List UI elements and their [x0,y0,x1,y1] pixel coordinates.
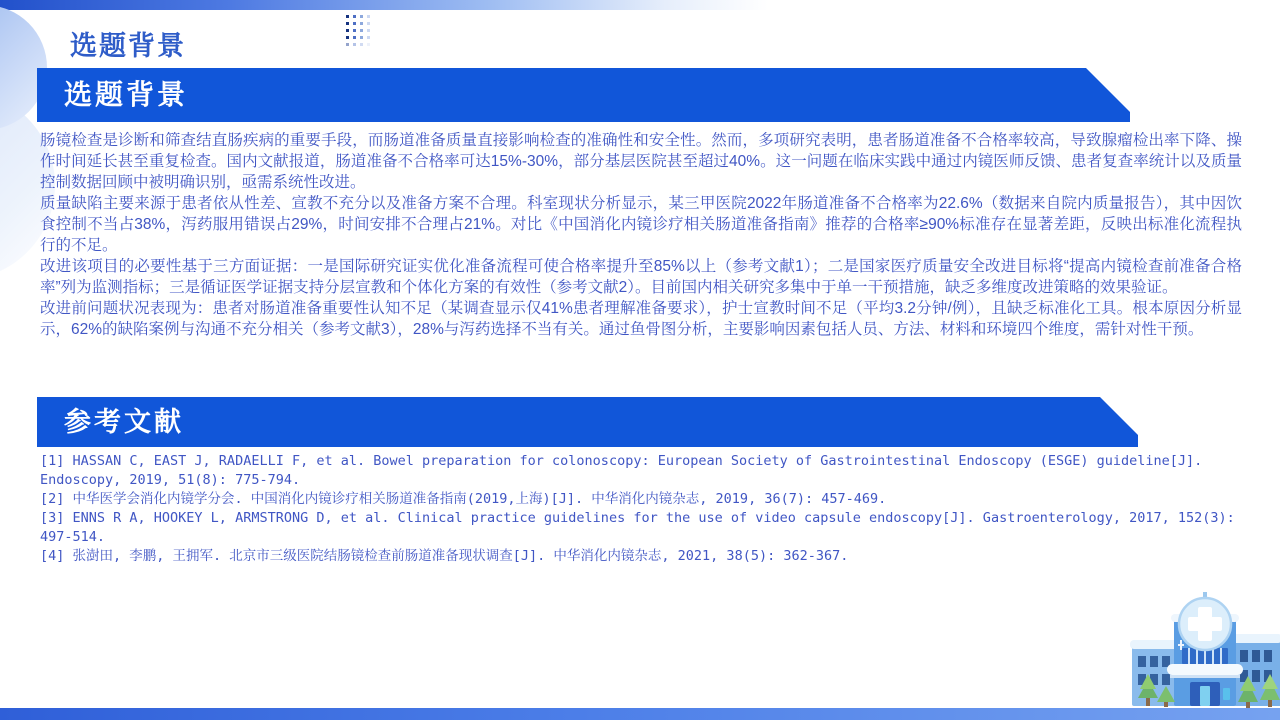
presentation-slide: 选题背景 选题背景 肠镜检查是诊断和筛查结直肠疾病的重要手段，而肠道准备质量直接… [0,0,1280,720]
background-body-text: 肠镜检查是诊断和筛查结直肠疾病的重要手段，而肠道准备质量直接影响检查的准确性和安… [40,130,1242,340]
dot-grid-icon [346,15,372,48]
background-paragraph: 改进该项目的必要性基于三方面证据：一是国际研究证实优化准备流程可使合格率提升至8… [40,256,1242,298]
reference-item: [1] HASSAN C, EAST J, RADAELLI F, et al.… [40,452,1247,490]
background-paragraph: 肠镜检查是诊断和筛查结直肠疾病的重要手段，而肠道准备质量直接影响检查的准确性和安… [40,130,1242,193]
reference-item: [4] 张澍田, 李鹏, 王拥军. 北京市三级医院结肠镜检查前肠道准备现状调查[… [40,547,1247,566]
section-banner-references: 参考文献 [37,397,1138,447]
bottom-accent-bar [0,708,1280,720]
hospital-illustration [1130,590,1280,712]
section-banner-background: 选题背景 [37,68,1130,122]
top-accent-bar [0,0,1280,10]
reference-item: [2] 中华医学会消化内镜学分会. 中国消化内镜诊疗相关肠道准备指南(2019,… [40,490,1247,509]
reference-item: [3] ENNS R A, HOOKEY L, ARMSTRONG D, et … [40,509,1247,547]
page-title: 选题背景 [70,24,186,63]
references-list: [1] HASSAN C, EAST J, RADAELLI F, et al.… [40,452,1247,566]
background-paragraph: 质量缺陷主要来源于患者依从性差、宣教不充分以及准备方案不合理。科室现状分析显示，… [40,193,1242,256]
background-paragraph: 改进前问题状况表现为：患者对肠道准备重要性认知不足（某调查显示仅41%患者理解准… [40,298,1242,340]
